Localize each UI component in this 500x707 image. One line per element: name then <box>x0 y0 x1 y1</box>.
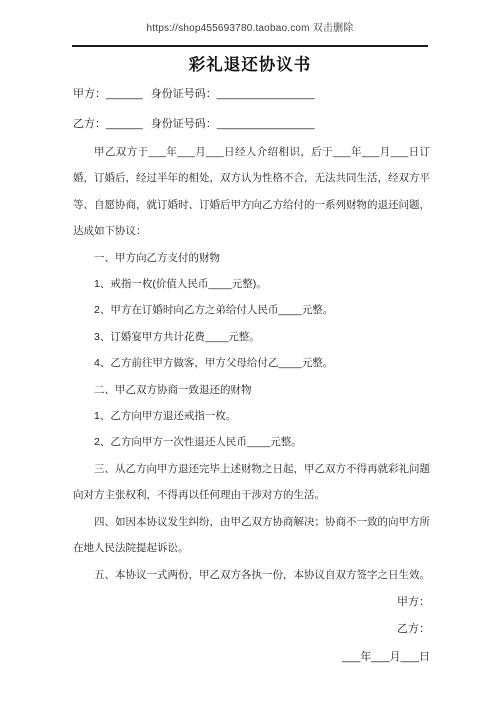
paragraph: 4、乙方前往甲方做客，甲方父母给付乙____元整。 <box>73 350 430 376</box>
party-name-blank: ______ <box>106 118 143 130</box>
paragraph: 1、戒指一枚(价值人民币____元整)。 <box>73 271 430 297</box>
id-label: 身份证号码： <box>151 118 217 130</box>
party-label: 甲方： <box>73 88 106 100</box>
signature-date: ___年___月___日 <box>0 644 430 672</box>
paragraph: 一、甲方向乙方支付的财物 <box>73 245 430 271</box>
paragraph: 四、如因本协议发生纠纷，由甲乙双方协商解决；协商不一致的向甲方所在地人民法院提起… <box>73 509 430 562</box>
paragraph: 2、甲方在订婚时向乙方之弟给付人民币____元整。 <box>73 297 430 323</box>
party-label: 乙方： <box>73 118 106 130</box>
party-name-blank: ______ <box>106 88 143 100</box>
paragraph: 2、乙方向甲方一次性退还人民币____元整。 <box>73 429 430 455</box>
id-number-blank: ________________ <box>217 118 315 130</box>
document-title: 彩礼退还协议书 <box>0 55 500 75</box>
paragraph: 二、甲乙双方协商一致退还的财物 <box>73 377 430 403</box>
signature-party-a: 甲方： <box>0 589 430 617</box>
paragraph: 五、本协议一式两份，甲乙双方各执一份，本协议自双方签字之日生效。 <box>73 562 430 588</box>
signature-party-b: 乙方： <box>0 616 430 644</box>
party-section: 甲方：______身份证号码：________________ 乙方：_____… <box>73 79 430 139</box>
document-page: https://shop455693780.taobao.com 双击删除 彩礼… <box>0 0 500 707</box>
id-number-blank: ________________ <box>217 88 315 100</box>
watermark-url: https://shop455693780.taobao.com 双击删除 <box>0 0 500 35</box>
paragraph: 1、乙方向甲方退还戒指一枚。 <box>73 403 430 429</box>
party-line: 甲方：______身份证号码：________________ <box>73 79 430 109</box>
paragraph: 三、从乙方向甲方退还完毕上述财物之日起，甲乙双方不得再就彩礼问题向对方主张权利，… <box>73 456 430 509</box>
body-paragraphs: 甲乙双方于___年___月___日经人介绍相识，后于___年___月___日订婚… <box>73 139 430 588</box>
header-divider <box>72 45 428 47</box>
party-line: 乙方：______身份证号码：________________ <box>73 109 430 139</box>
id-label: 身份证号码： <box>151 88 217 100</box>
paragraph: 甲乙双方于___年___月___日经人介绍相识，后于___年___月___日订婚… <box>73 139 430 245</box>
signature-block: 甲方： 乙方： ___年___月___日 <box>0 589 430 672</box>
paragraph: 3、订婚宴甲方共计花费____元整。 <box>73 324 430 350</box>
